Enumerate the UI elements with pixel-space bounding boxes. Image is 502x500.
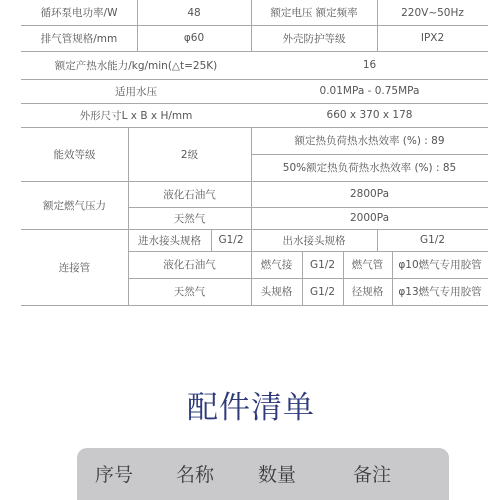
connector-ng-label: 天然气 xyxy=(128,278,251,305)
gas-pipe-label-2: 径规格 xyxy=(343,278,392,305)
water-pressure-value: 0.01MPa - 0.75MPa xyxy=(251,79,488,103)
voltage-label: 额定电压 额定频率 xyxy=(251,0,377,25)
exhaust-label: 排气管规格/mm xyxy=(21,25,137,51)
hot-water-capacity-label: 额定产热水能力/kg/min(△t=25K) xyxy=(21,51,251,79)
water-pressure-label: 适用水压 xyxy=(21,79,251,103)
inlet-value: G1/2 xyxy=(211,229,251,251)
efficiency-label: 能效等级 xyxy=(21,127,128,181)
outlet-value: G1/2 xyxy=(377,229,488,251)
accessories-title: 配件清单 xyxy=(0,382,502,427)
gas-joint-label-1: 燃气接 xyxy=(251,251,302,278)
connector-label: 连接管 xyxy=(21,229,128,305)
header-remark: 备注 xyxy=(353,460,391,487)
outlet-label: 出水接头规格 xyxy=(251,229,377,251)
accessories-header: 序号 名称 数量 备注 xyxy=(77,448,449,500)
gas-pipe-lpg-value: φ10燃气专用胶管 xyxy=(392,251,488,278)
voltage-value: 220V~50Hz xyxy=(377,0,488,25)
efficiency-line2: 50%额定热负荷热水热效率 (%) : 85 xyxy=(251,154,488,181)
header-quantity: 数量 xyxy=(258,460,296,487)
exhaust-value: φ60 xyxy=(137,25,251,51)
gas-pressure-ng-label: 天然气 xyxy=(128,207,251,229)
dimensions-value: 660 x 370 x 178 xyxy=(251,103,488,127)
dimensions-label: 外形尺寸L x B x H/mm xyxy=(21,103,251,127)
gas-joint-lpg-value: G1/2 xyxy=(302,251,343,278)
row-line xyxy=(21,305,488,306)
gas-pressure-lpg-value: 2800Pa xyxy=(251,181,488,207)
efficiency-grade: 2级 xyxy=(128,127,251,181)
protection-value: IPX2 xyxy=(377,25,488,51)
connector-lpg-label: 液化石油气 xyxy=(128,251,251,278)
gas-pressure-lpg-label: 液化石油气 xyxy=(128,181,251,207)
header-name: 名称 xyxy=(176,460,214,487)
hot-water-capacity-value: 16 xyxy=(251,51,488,79)
gas-pressure-ng-value: 2000Pa xyxy=(251,207,488,229)
gas-joint-ng-value: G1/2 xyxy=(302,278,343,305)
pump-power-value: 48 xyxy=(137,0,251,25)
gas-pipe-label-1: 燃气管 xyxy=(343,251,392,278)
header-index: 序号 xyxy=(95,460,133,487)
gas-pipe-ng-value: φ13燃气专用胶管 xyxy=(392,278,488,305)
protection-label: 外壳防护等级 xyxy=(251,25,377,51)
efficiency-line1: 额定热负荷热水热效率 (%) : 89 xyxy=(251,127,488,154)
gas-joint-label-2: 头规格 xyxy=(251,278,302,305)
pump-power-label: 循环泵电功率/W xyxy=(21,0,137,25)
gas-pressure-label: 额定燃气压力 xyxy=(21,181,128,229)
inlet-label: 进水接头规格 xyxy=(128,229,211,251)
